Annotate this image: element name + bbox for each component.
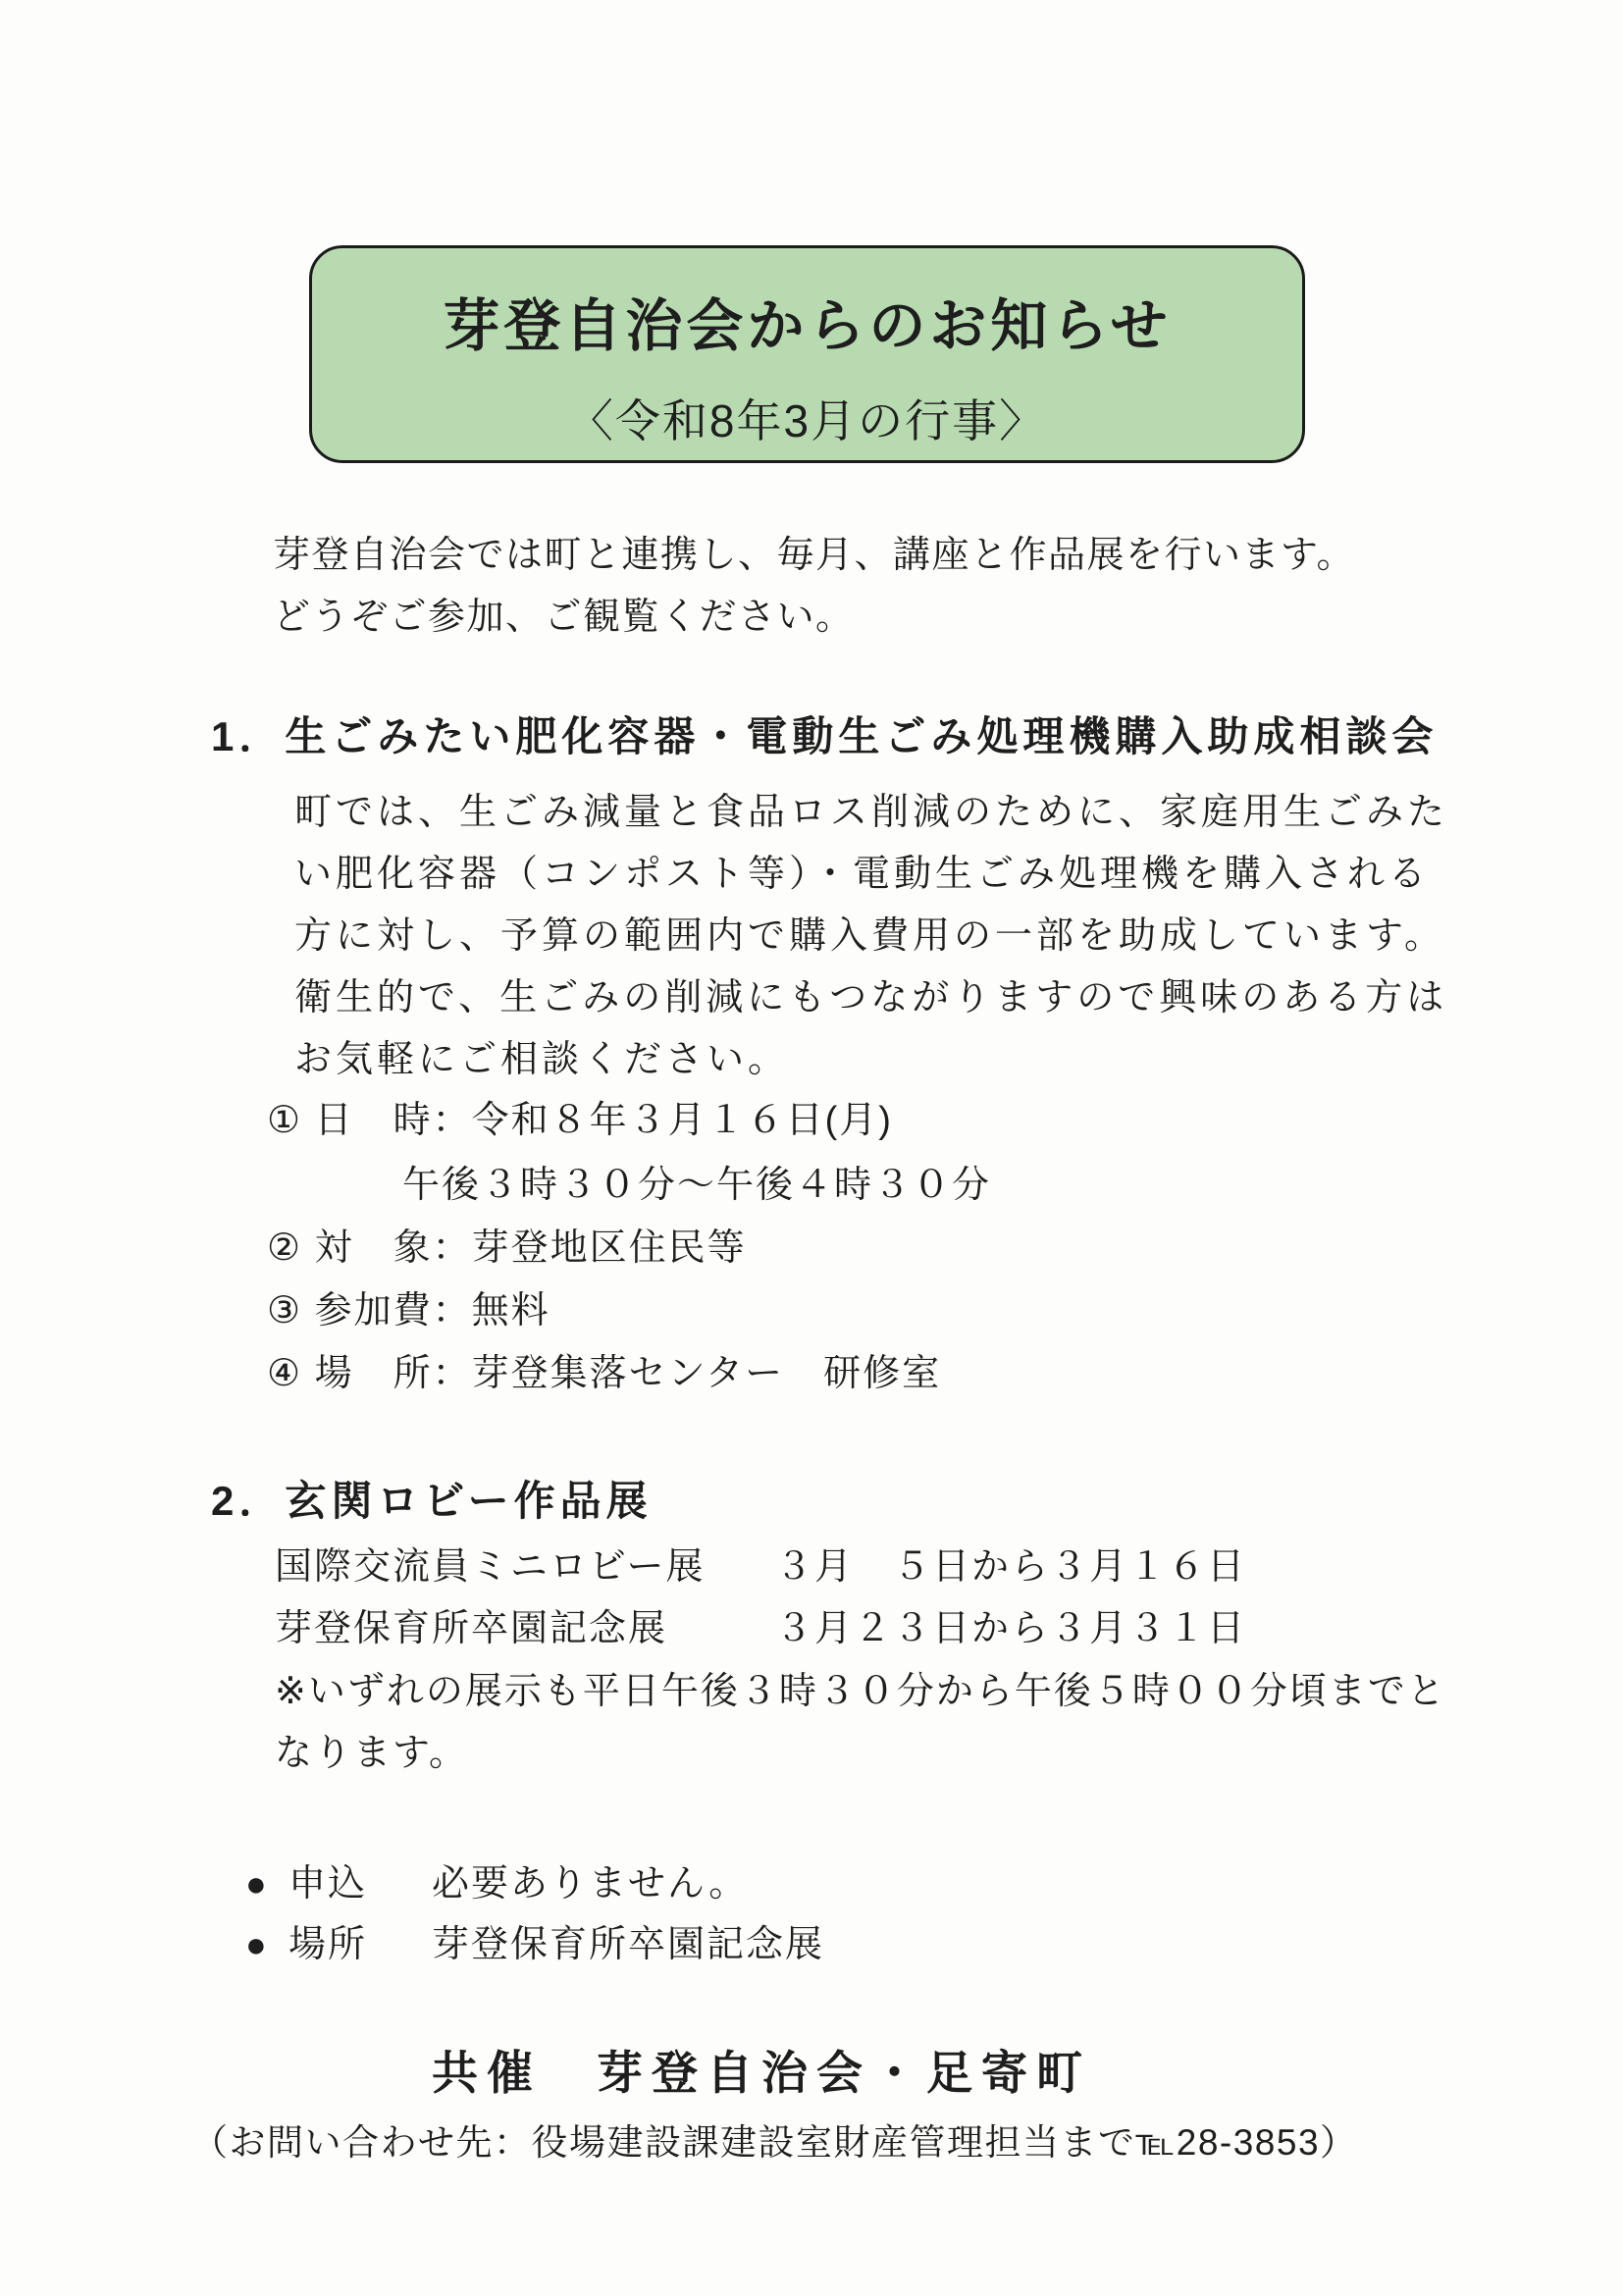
- section1-paragraph-line-4: 衛生的で、生ごみの削減にもつながりますので興味のある方は: [294, 977, 1447, 1020]
- section1-paragraph-line-5: お気軽にご相談ください。: [294, 1039, 789, 1082]
- bullet-icon: ●: [245, 1924, 288, 1964]
- notice-subtitle: 〈令和8年3月の行事〉: [312, 386, 1302, 450]
- item-datetime-time: 午後３時３０分～午後４時３０分: [402, 1165, 991, 1208]
- exhibit-note-line-2: なります。: [275, 1733, 468, 1776]
- exhibit-period: ３月２３日から３月３１日: [775, 1608, 1246, 1651]
- bullet-icon: ●: [245, 1863, 288, 1904]
- detail-value: 必要ありません。: [432, 1863, 748, 1906]
- detail-row-apply: ● 申込 必要ありません。: [245, 1863, 748, 1906]
- notice-title: 芽登自治会からのお知らせ: [312, 280, 1302, 362]
- item-datetime: ① 日 時：令和８年３月１６日(月): [267, 1100, 893, 1143]
- section2-heading: 2．玄関ロビー作品展: [211, 1478, 653, 1525]
- exhibit-row: 芽登保育所卒園記念展 ３月２３日から３月３１日: [275, 1608, 1246, 1651]
- detail-label: 申込: [288, 1863, 391, 1906]
- section1-paragraph-line-1: 町では、生ごみ減量と食品ロス削減のために、家庭用生ごみた: [294, 792, 1448, 835]
- footer-organizer: 共催 芽登自治会・足寄町: [432, 2047, 1091, 2100]
- detail-label: 場所: [288, 1924, 391, 1967]
- title-box: 芽登自治会からのお知らせ 〈令和8年3月の行事〉: [309, 245, 1305, 463]
- section1-heading: 1．生ごみたい肥化容器・電動生ごみ処理機購入助成相談会: [211, 713, 1438, 760]
- exhibit-name: 国際交流員ミニロビー展: [275, 1546, 775, 1590]
- exhibit-name: 芽登保育所卒園記念展: [275, 1608, 775, 1651]
- exhibit-period: ３月 ５日から３月１６日: [775, 1546, 1246, 1590]
- footer-contact: （お問い合わせ先：役場建設課建設室財産管理担当まで℡28-3853）: [191, 2122, 1358, 2165]
- item-place: ④ 場 所：芽登集落センター 研修室: [267, 1353, 941, 1396]
- section1-paragraph-line-2: い肥化容器（コンポスト等）・電動生ごみ処理機を購入される: [294, 854, 1430, 897]
- section1-paragraph-line-3: 方に対し、予算の範囲内で購入費用の一部を助成しています。: [294, 915, 1445, 959]
- intro-line-2: どうぞご参加、ご観覧ください。: [273, 597, 855, 640]
- detail-row-place: ● 場所 芽登保育所卒園記念展: [245, 1924, 824, 1967]
- exhibit-row: 国際交流員ミニロビー展 ３月 ５日から３月１６日: [275, 1546, 1246, 1590]
- detail-value: 芽登保育所卒園記念展: [432, 1924, 824, 1967]
- item-fee: ③ 参加費：無料: [267, 1290, 550, 1333]
- intro-line-1: 芽登自治会では町と連携し、毎月、講座と作品展を行います。: [273, 535, 1355, 578]
- exhibit-note-line-1: ※いずれの展示も平日午後３時３０分から午後５時００分頃までと: [275, 1671, 1446, 1714]
- notice-page: 芽登自治会からのお知らせ 〈令和8年3月の行事〉 芽登自治会では町と連携し、毎月…: [0, 0, 1623, 2296]
- item-target: ② 対 象：芽登地区住民等: [267, 1227, 747, 1271]
